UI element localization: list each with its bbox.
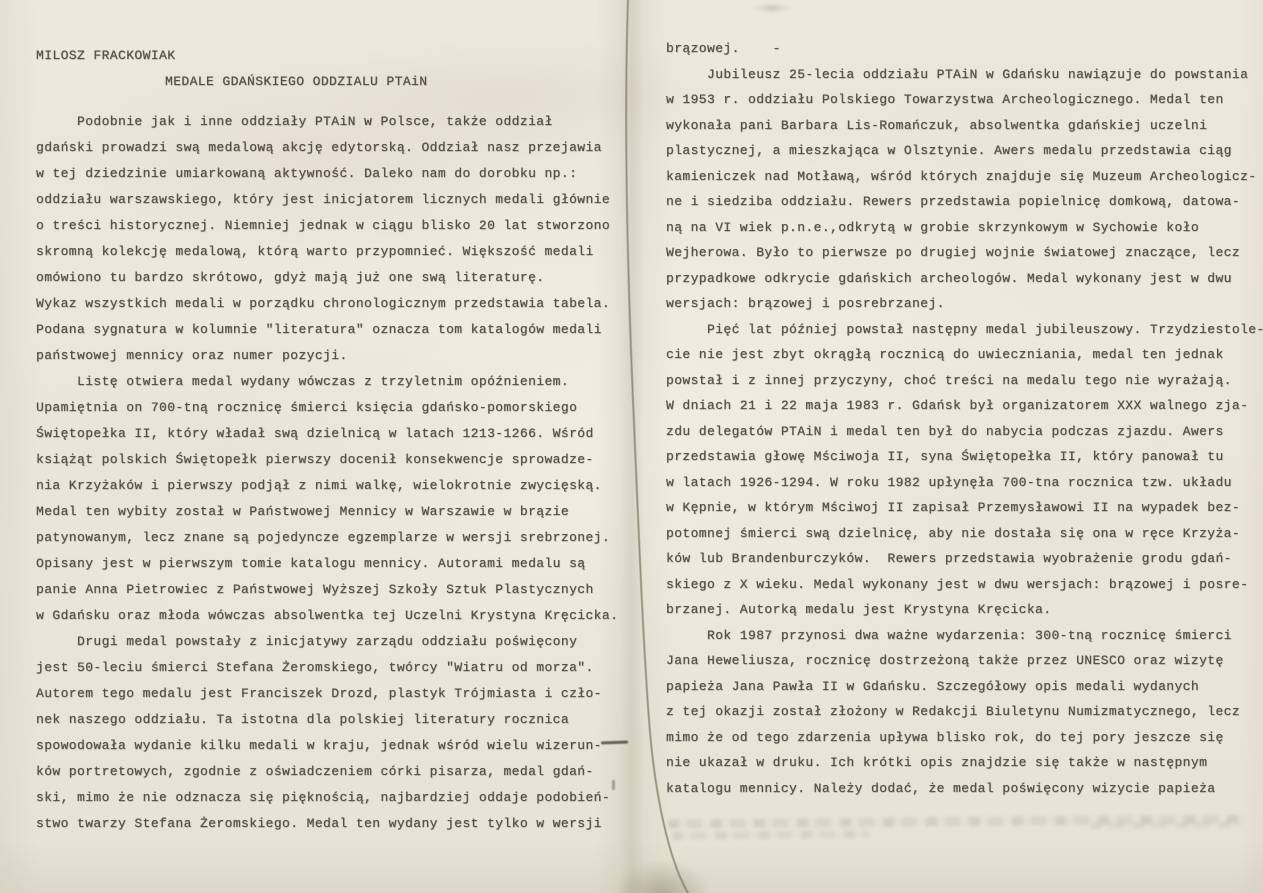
text-line: Podobnie jak i inne oddziały PTAiN w Pol…	[36, 109, 622, 135]
text-line: Medal ten wybity został w Państwowej Men…	[36, 499, 622, 525]
text-line: ski, mimo że nie odznacza się pięknością…	[36, 785, 622, 811]
text-line: Autorem tego medalu jest Franciszek Droz…	[36, 681, 622, 707]
text-line: patynowanym, lecz znane są pojedyncze eg…	[36, 525, 622, 551]
text-line: wersjach: brązowej i posrebrzanej.	[666, 291, 1252, 317]
text-line: Pięć lat później powstał następny medal …	[666, 317, 1252, 343]
text-line: w Gdańsku oraz młoda wówczas absolwentka…	[36, 603, 622, 629]
scanned-document: MILOSZ FRACKOWIAK MEDALE GDAŃSKIEGO ODDZ…	[0, 0, 1263, 893]
text-line: wykonała pani Barbara Lis-Romańczuk, abs…	[666, 113, 1252, 139]
text-line: spowodowała wydanie kilku medali w kraju…	[36, 733, 622, 759]
text-line: skromną kolekcję medalową, którą warto p…	[36, 239, 622, 265]
text-line: ne i siedziba oddziału. Rewers przedstaw…	[666, 189, 1252, 215]
text-line: ków lub Brandenburczyków. Rewers przedst…	[666, 546, 1252, 572]
text-line: cie nie jest zbyt okrągłą rocznicą do uw…	[666, 342, 1252, 368]
text-line: potomnej śmierci swą dzielnicę, aby nie …	[666, 521, 1252, 547]
text-line: w 1953 r. oddziału Polskiego Towarzystwa…	[666, 87, 1252, 113]
text-line: w Kępnie, w którym Mściwoj II zapisał Pr…	[666, 495, 1252, 521]
text-line: plastycznej, a mieszkająca w Olsztynie. …	[666, 138, 1252, 164]
left-page: MILOSZ FRACKOWIAK MEDALE GDAŃSKIEGO ODDZ…	[36, 43, 622, 837]
right-page-body: brązowej. - Jubileusz 25-lecia oddziału …	[666, 36, 1252, 801]
text-line: brzanej. Autorką medalu jest Krystyna Kr…	[666, 597, 1252, 623]
text-line: o treści historycznej. Niemniej jednak w…	[36, 213, 622, 239]
text-line: w latach 1926-1294. W roku 1982 upłynęła…	[666, 470, 1252, 496]
text-line: zdu delegatów PTAiN i medal ten był do n…	[666, 419, 1252, 445]
text-line: nie ukazał w druku. Ich krótki opis znaj…	[666, 750, 1252, 776]
text-line: stwo twarzy Stefana Żeromskiego. Medal t…	[36, 811, 622, 837]
text-line: jest 50-leciu śmierci Stefana Żeromskieg…	[36, 655, 622, 681]
right-page: brązowej. - Jubileusz 25-lecia oddziału …	[666, 36, 1252, 801]
text-line: panie Anna Pietrowiec z Państwowej Wyższ…	[36, 577, 622, 603]
text-line: Drugi medal powstały z inicjatywy zarząd…	[36, 629, 622, 655]
text-line: przypadkowe odkrycie gdańskich archeolog…	[666, 266, 1252, 292]
text-line: W dniach 21 i 22 maja 1983 r. Gdańsk był…	[666, 393, 1252, 419]
bleed-through-smear	[672, 830, 870, 840]
fold-bottom-shadow	[618, 840, 728, 893]
text-line: Jubileusz 25-lecia oddziału PTAiN w Gdań…	[666, 62, 1252, 88]
text-line: skiego z X wieku. Medal wykonany jest w …	[666, 572, 1252, 598]
text-line: państwowej mennicy oraz numer pozycji.	[36, 343, 622, 369]
text-line: Wykaz wszystkich medali w porządku chron…	[36, 291, 622, 317]
text-line: Opisany jest w pierwszym tomie katalogu …	[36, 551, 622, 577]
text-line: mimo że od tego zdarzenia upływa blisko …	[666, 725, 1252, 751]
text-line: papieża Jana Pawła II w Gdańsku. Szczegó…	[666, 674, 1252, 700]
text-line: gdański prowadzi swą medalową akcję edyt…	[36, 135, 622, 161]
bleed-through-smear	[668, 814, 1244, 828]
article-title: MEDALE GDAŃSKIEGO ODDZIALU PTAiN	[36, 69, 622, 95]
text-line: powstał i z innej przyczyny, choć treści…	[666, 368, 1252, 394]
registration-tick	[601, 741, 628, 745]
text-line: brązowej. -	[666, 36, 1252, 62]
text-line: Podana sygnatura w kolumnie "literatura"…	[36, 317, 622, 343]
text-line: Rok 1987 przynosi dwa ważne wydarzenia: …	[666, 623, 1252, 649]
text-line: oddziału warszawskiego, który jest inicj…	[36, 187, 622, 213]
text-line: Jana Heweliusza, rocznicę dostrzeżoną ta…	[666, 648, 1252, 674]
registration-tick	[612, 780, 615, 790]
text-line: przedstawia głowę Mściwoja II, syna Świę…	[666, 444, 1252, 470]
text-line: w tej dziedzinie umiarkowaną aktywność. …	[36, 161, 622, 187]
text-line: nek naszego oddziału. Ta istotna dla pol…	[36, 707, 622, 733]
text-line: omówiono tu bardzo skrótowo, gdyż mają j…	[36, 265, 622, 291]
text-line: Listę otwiera medal wydany wówczas z trz…	[36, 369, 622, 395]
text-line: nia Krzyżaków i pierwszy podjął z nimi w…	[36, 473, 622, 499]
text-line: ków portretowych, zgodnie z oświadczenie…	[36, 759, 622, 785]
author-header: MILOSZ FRACKOWIAK	[36, 43, 622, 69]
text-line: Upamiętnia on 700-tną rocznicę śmierci k…	[36, 395, 622, 421]
text-line: z tej okazji został złożony w Redakcji B…	[666, 699, 1252, 725]
text-line: Wejherowa. Było to pierwsze po drugiej w…	[666, 240, 1252, 266]
paper-smudge	[752, 3, 792, 13]
text-line: katalogu mennicy. Należy dodać, że medal…	[666, 776, 1252, 802]
left-page-body: Podobnie jak i inne oddziały PTAiN w Pol…	[36, 109, 622, 837]
text-line: kamieniczek nad Motławą, wśród których z…	[666, 164, 1252, 190]
text-line: Świętopełka II, który władał swą dzielni…	[36, 421, 622, 447]
text-line: książąt polskich Świętopełk pierwszy doc…	[36, 447, 622, 473]
text-line: ną na VI wiek p.n.e.,odkrytą w grobie sk…	[666, 215, 1252, 241]
bleed-through-smear	[1090, 821, 1240, 829]
